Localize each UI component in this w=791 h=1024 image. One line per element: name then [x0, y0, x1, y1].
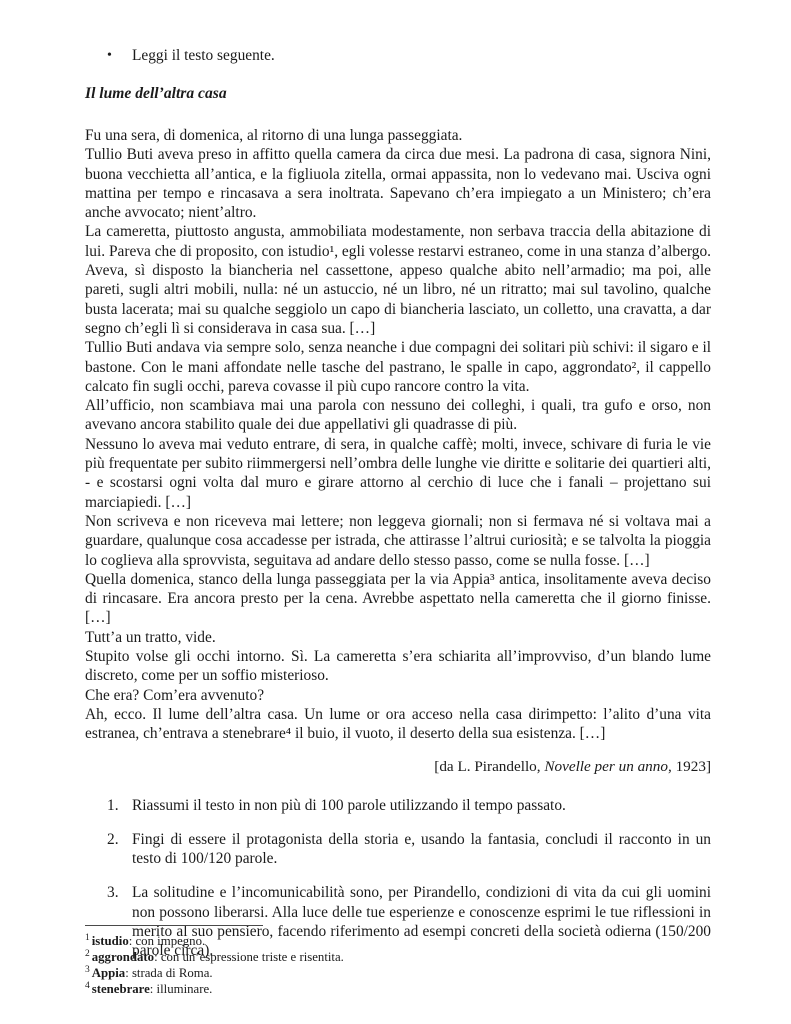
question-number: 1. [107, 796, 132, 815]
footnote-definition: : con un’espressione triste e risentita. [154, 950, 344, 964]
footnote-term: Appia [92, 966, 125, 980]
body-paragraph: Nessuno lo aveva mai veduto entrare, di … [85, 435, 711, 512]
footnote: 2aggrondato: con un’espressione triste e… [85, 949, 711, 965]
body-paragraph: All’ufficio, non scambiava mai una parol… [85, 396, 711, 435]
footnote-number: 3 [85, 965, 90, 975]
attribution-work-title: Novelle per un anno [544, 758, 668, 775]
body-paragraph: Tullio Buti andava via sempre solo, senz… [85, 338, 711, 396]
body-paragraph: Ah, ecco. Il lume dell’altra casa. Un lu… [85, 705, 711, 744]
body-paragraph: La cameretta, piuttosto angusta, ammobil… [85, 222, 711, 338]
footnote-definition: : strada di Roma. [125, 966, 212, 980]
footnotes-section: 1istudio: con impegno. 2aggrondato: con … [85, 925, 711, 997]
footnote-term: stenebrare [92, 982, 150, 996]
attribution-prefix: [da L. Pirandello, [434, 758, 544, 775]
footnote-term: istudio [92, 934, 129, 948]
body-paragraph: Stupito volse gli occhi intorno. Sì. La … [85, 647, 711, 686]
instruction-bullet-item: • Leggi il testo seguente. [107, 46, 711, 65]
question-text: Fingi di essere il protagonista della st… [132, 830, 711, 869]
document-page: • Leggi il testo seguente. Il lume dell’… [0, 0, 791, 1024]
footnote: 4stenebrare: illuminare. [85, 981, 711, 997]
body-paragraph: Che era? Com’era avvenuto? [85, 686, 711, 705]
body-paragraph: Fu una sera, di domenica, al ritorno di … [85, 126, 711, 145]
question-item: 1. Riassumi il testo in non più di 100 p… [107, 796, 711, 815]
question-text: Riassumi il testo in non più di 100 paro… [132, 796, 711, 815]
story-body: Fu una sera, di domenica, al ritorno di … [85, 126, 711, 744]
attribution-suffix: , 1923] [668, 758, 711, 775]
story-title: Il lume dell’altra casa [85, 84, 711, 103]
body-paragraph: Tutt’a un tratto, vide. [85, 628, 711, 647]
bullet-icon: • [107, 46, 132, 65]
footnote-number: 4 [85, 981, 90, 991]
footnote-definition: : illuminare. [150, 982, 213, 996]
footnote-number: 2 [85, 949, 90, 959]
question-item: 2. Fingi di essere il protagonista della… [107, 830, 711, 869]
body-paragraph: Non scriveva e non riceveva mai lettere;… [85, 512, 711, 570]
footnote-separator [85, 925, 263, 926]
page-content: • Leggi il testo seguente. Il lume dell’… [85, 46, 711, 976]
instruction-text: Leggi il testo seguente. [132, 46, 275, 65]
footnote-term: aggrondato [92, 950, 154, 964]
body-paragraph: Quella domenica, stanco della lunga pass… [85, 570, 711, 628]
footnote: 3Appia: strada di Roma. [85, 965, 711, 981]
footnote-number: 1 [85, 933, 90, 943]
footnote: 1istudio: con impegno. [85, 933, 711, 949]
body-paragraph: Tullio Buti aveva preso in affitto quell… [85, 145, 711, 222]
footnote-definition: : con impegno. [129, 934, 205, 948]
source-attribution: [da L. Pirandello, Novelle per un anno, … [85, 757, 711, 776]
question-number: 2. [107, 830, 132, 869]
